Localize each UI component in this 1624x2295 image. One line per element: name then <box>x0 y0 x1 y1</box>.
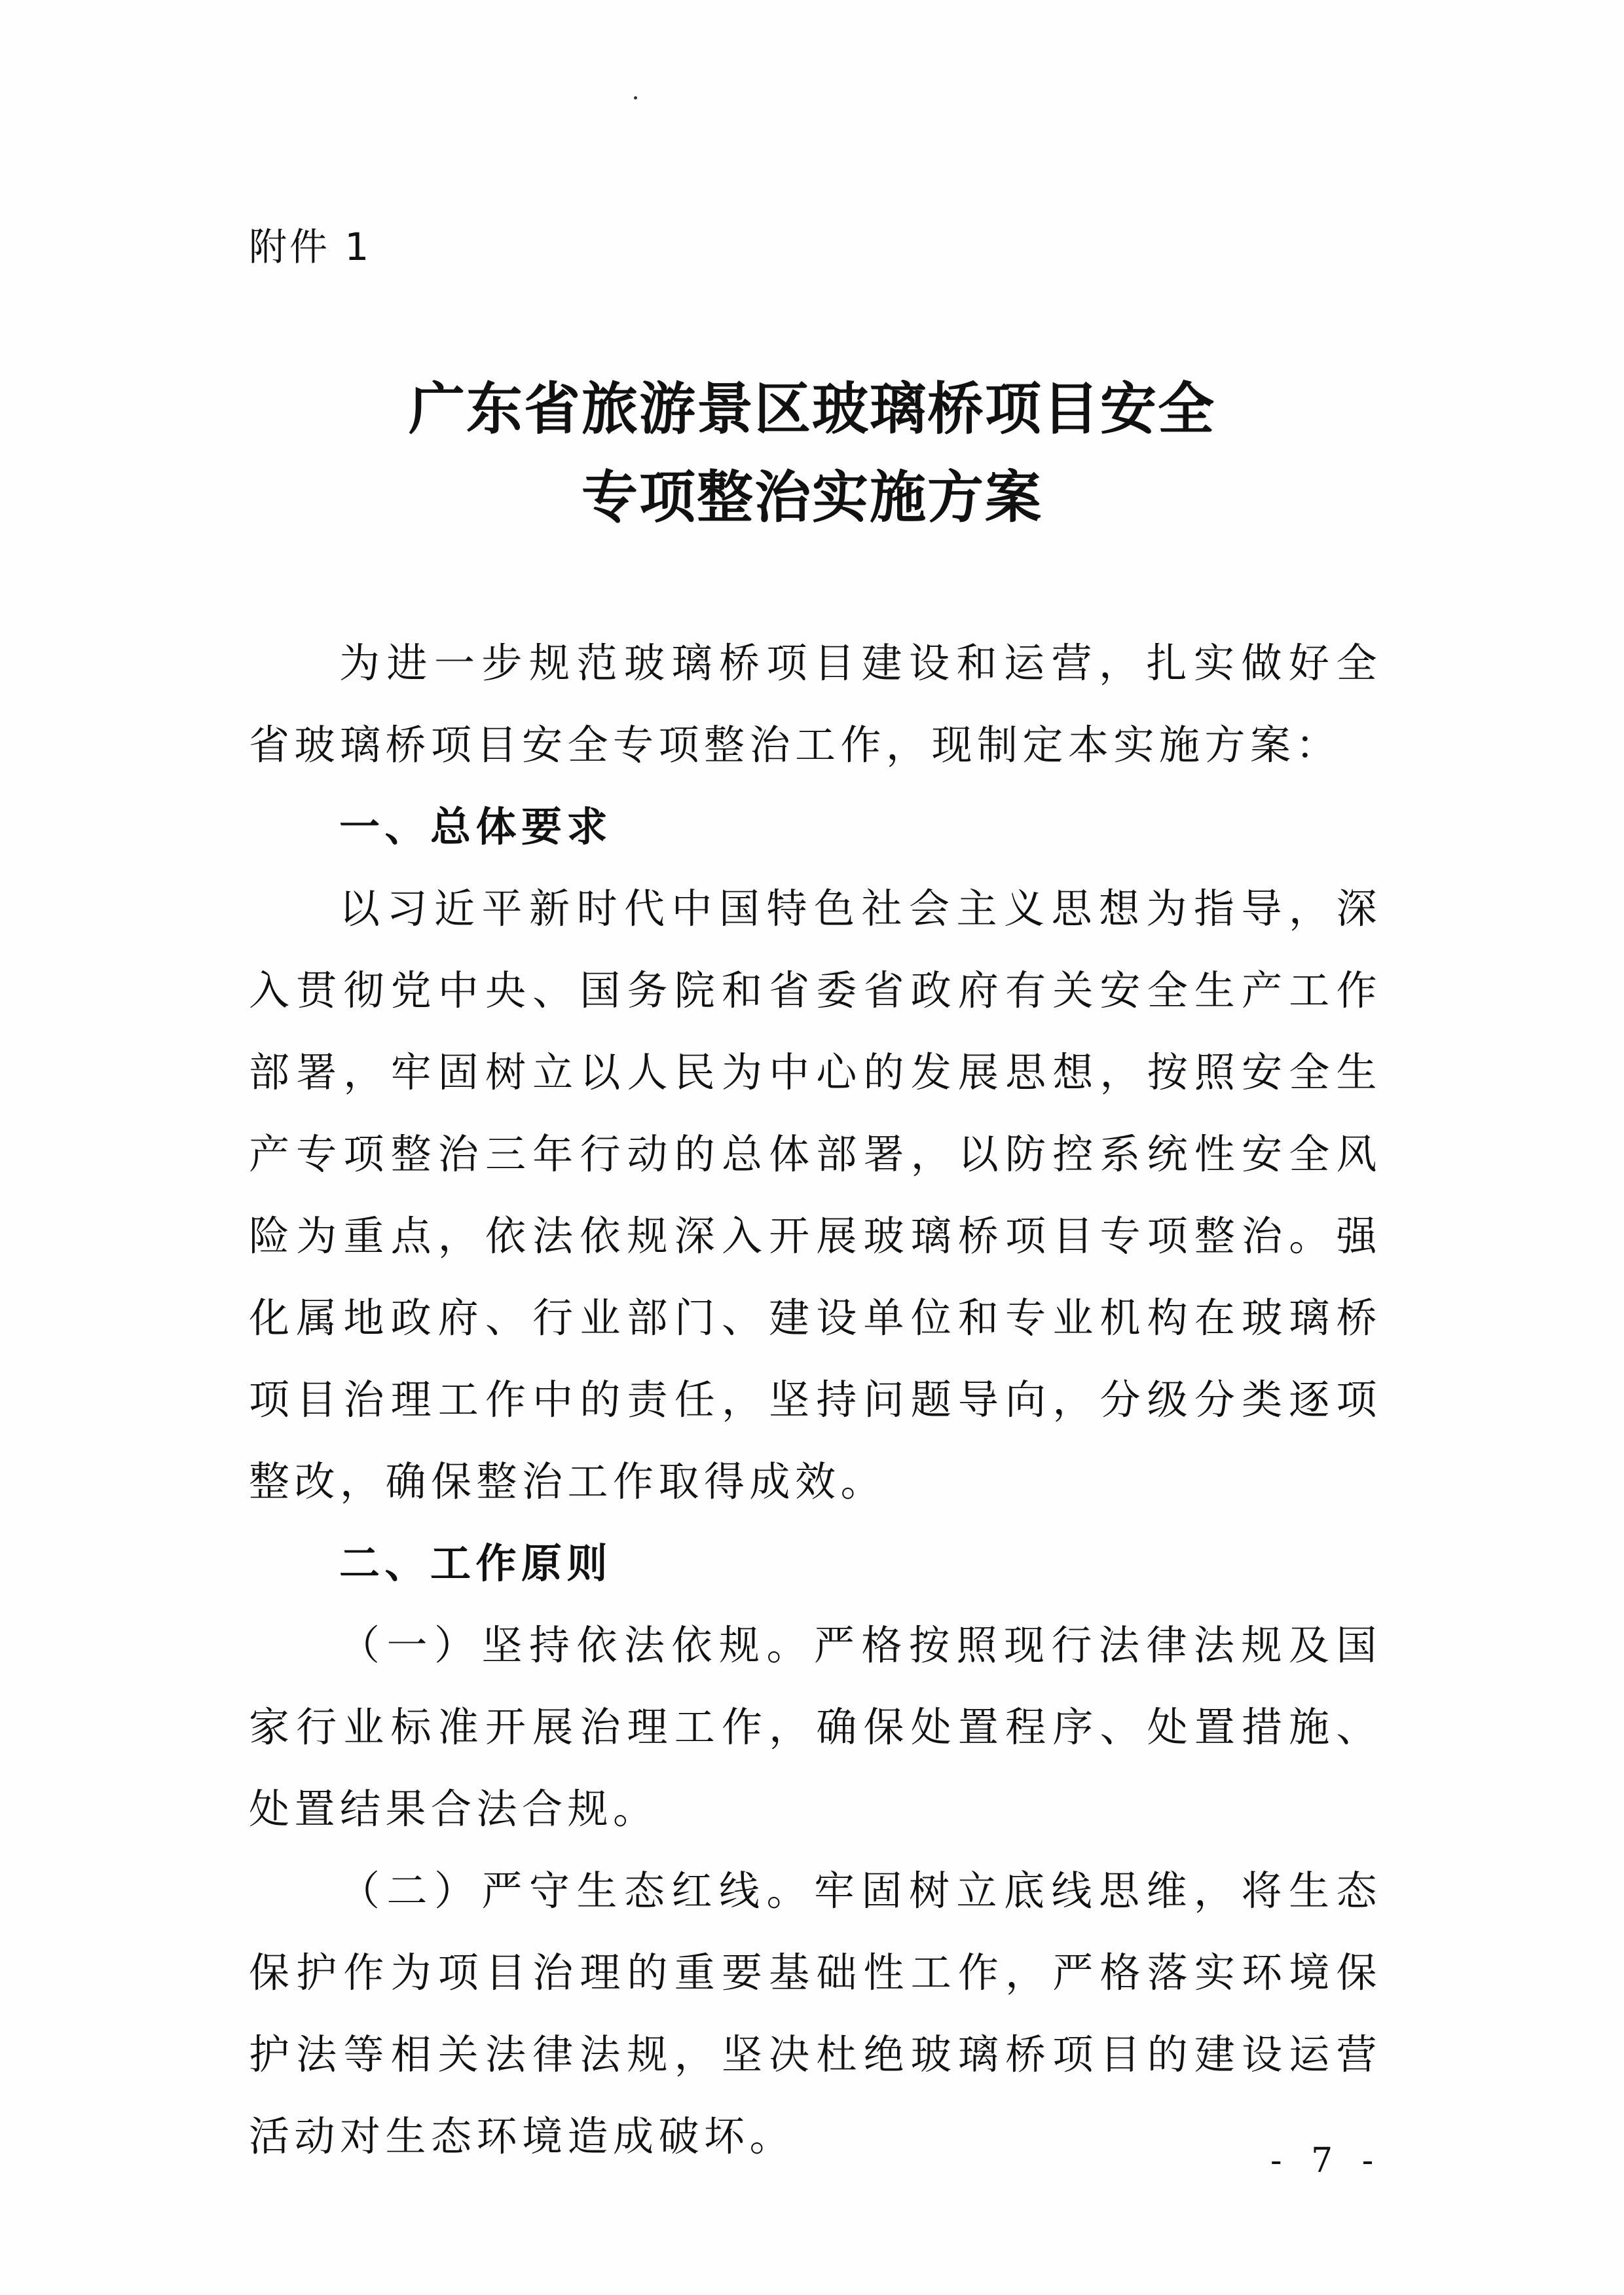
principle-1-paragraph: （一）坚持依法依规。严格按照现行法律法规及国家行业标准开展治理工作，确保处置程序… <box>249 1604 1382 1850</box>
section-heading-work-principles: 二、工作原则 <box>249 1522 1382 1604</box>
principle-2-paragraph: （二）严守生态红线。牢固树立底线思维，将生态保护作为项目治理的重要基础性工作，严… <box>249 1850 1382 2177</box>
general-requirements-paragraph: 以习近平新时代中国特色社会主义思想为指导，深入贯彻党中央、国务院和省委省政府有关… <box>249 868 1382 1522</box>
document-page: 附件 1 广东省旅游景区玻璃桥项目安全 专项整治实施方案 为进一步规范玻璃桥项目… <box>0 0 1624 2295</box>
document-body: 为进一步规范玻璃桥项目建设和运营，扎实做好全省玻璃桥项目安全专项整治工作，现制定… <box>249 622 1382 2177</box>
page-number: - 7 - <box>1270 2141 1382 2180</box>
document-title-line-1: 广东省旅游景区玻璃桥项目安全 <box>0 363 1624 445</box>
intro-paragraph: 为进一步规范玻璃桥项目建设和运营，扎实做好全省玻璃桥项目安全专项整治工作，现制定… <box>249 622 1382 786</box>
attachment-label: 附件 1 <box>249 216 371 271</box>
section-heading-general-requirements: 一、总体要求 <box>249 786 1382 868</box>
document-title-line-2: 专项整治实施方案 <box>0 452 1624 533</box>
scan-speck <box>634 96 637 100</box>
